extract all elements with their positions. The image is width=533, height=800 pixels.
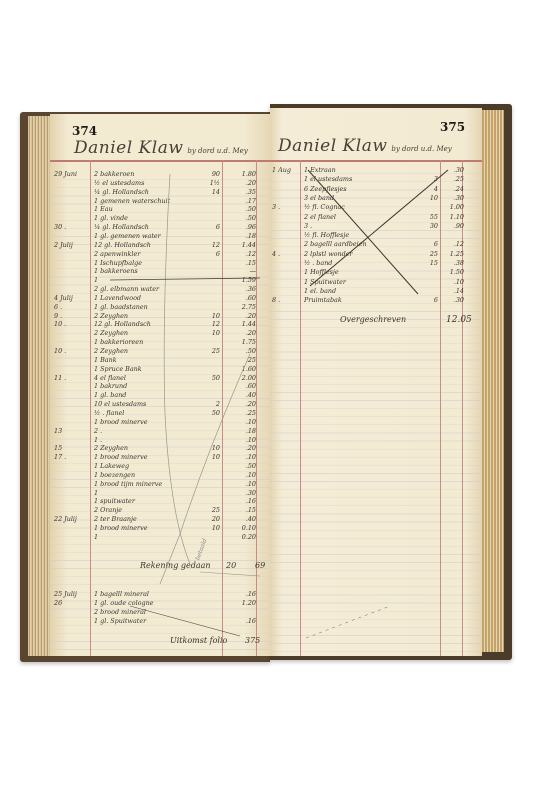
right-page: 375 Daniel Klawby dord u.d. Mey 1 Aug1 E…	[270, 108, 482, 656]
pencil-strike-marks	[50, 114, 270, 656]
ink-cross-out	[270, 108, 482, 656]
page-edges-left	[28, 116, 52, 656]
left-page: 374 Daniel Klawby dord u.d. Mey 29 Juni2…	[50, 114, 270, 656]
ledger-book: 374 Daniel Klawby dord u.d. Mey 29 Juni2…	[20, 104, 512, 662]
